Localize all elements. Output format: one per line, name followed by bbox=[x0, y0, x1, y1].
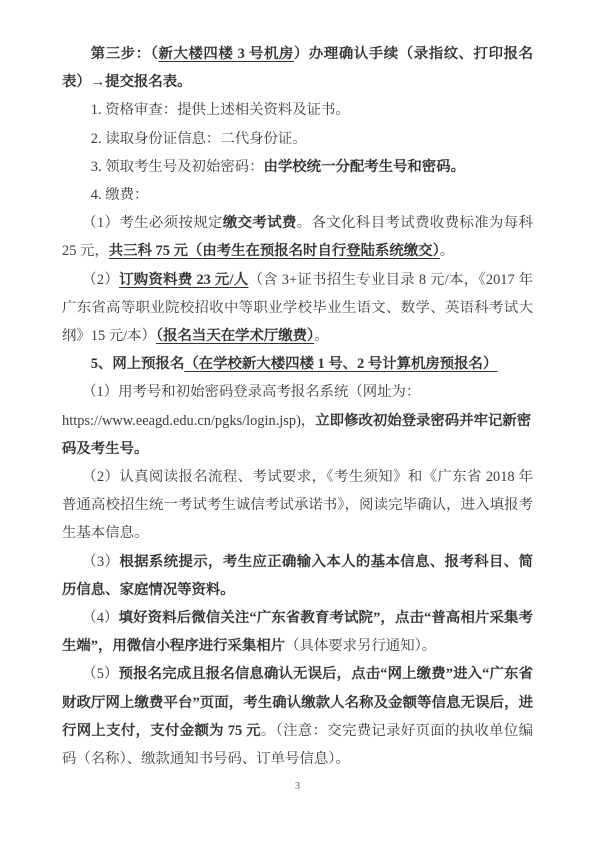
text-run: 1. 资格审查：提供上述相关资料及证书。 bbox=[91, 102, 350, 118]
text-run: 。 bbox=[440, 243, 454, 259]
text-run: 4. 缴费： bbox=[91, 187, 149, 203]
text-run: （4） bbox=[82, 610, 118, 626]
item-qualification-review: 1. 资格审查：提供上述相关资料及证书。 bbox=[62, 96, 533, 124]
item-exam-number-password: 3. 领取考生号及初始密码：由学校统一分配考生号和密码。 bbox=[62, 153, 533, 181]
document-body: 第三步：（新大楼四楼 3 号机房）办理确认手续（录指纹、打印报名表）→提交报名表… bbox=[62, 40, 533, 773]
text-run: 由学校统一分配考生号和密码。 bbox=[264, 159, 465, 175]
text-run: 订购资料费 23 元/人 bbox=[119, 272, 248, 288]
payment-note-material-fee: （2）订购资料费 23 元/人（含 3+证书招生专业目录 8 元/本，《2017… bbox=[62, 266, 533, 351]
text-run: 5、网上预报名 bbox=[91, 356, 185, 372]
text-run: （在学校新大楼四楼 1 号、2 号计算机房预报名） bbox=[184, 356, 497, 372]
text-run: （2）认真阅读报名流程、考试要求，《考生须知》和《广东省 2018 年普通高校招… bbox=[62, 469, 533, 541]
text-run: 根据系统提示，考生应正确输入本人的基本信息、报考科目、简历信息、家庭情况等资料。 bbox=[62, 554, 533, 598]
text-run: （2） bbox=[82, 272, 119, 288]
text-run: 。 bbox=[314, 328, 328, 344]
text-run: 新大楼四楼 3 号机房 bbox=[159, 46, 294, 62]
text-run: 缴交考试费 bbox=[223, 215, 297, 231]
payment-note-exam-fee: （1）考生必须按规定缴交考试费。各文化科目考试费收费标准为每科 25 元，共三科… bbox=[62, 209, 533, 265]
heading-step3: 第三步：（新大楼四楼 3 号机房）办理确认手续（录指纹、打印报名表）→提交报名表… bbox=[62, 40, 533, 96]
text-run: （具体要求另行通知）。 bbox=[285, 638, 436, 654]
item-payment: 4. 缴费： bbox=[62, 181, 533, 209]
text-run: 2. 读取身份证信息：二代身份证。 bbox=[91, 131, 307, 147]
text-run: （3） bbox=[82, 554, 119, 570]
online-step-read-rules: （2）认真阅读报名流程、考试要求，《考生须知》和《广东省 2018 年普通高校招… bbox=[62, 463, 533, 548]
text-run: （报名当天在学术厅缴费） bbox=[156, 328, 314, 344]
text-run: 共三科 75 元（由考生在预报名时自行登陆系统缴交） bbox=[109, 243, 440, 259]
item-id-card-reading: 2. 读取身份证信息：二代身份证。 bbox=[62, 125, 533, 153]
text-run: （5） bbox=[82, 666, 118, 682]
online-step-online-payment: （5）预报名完成且报名信息确认无误后，点击“网上缴费”进入“广东省财政厅网上缴费… bbox=[62, 660, 533, 773]
heading-online-preregistration: 5、网上预报名（在学校新大楼四楼 1 号、2 号计算机房预报名） bbox=[62, 350, 533, 378]
text-run: 第三步：（ bbox=[91, 46, 159, 62]
online-step-photo-collection: （4）填好资料后微信关注“广东省教育考试院”，点击“普高相片采集考生端”，用微信… bbox=[62, 604, 533, 660]
online-step-enter-info: （3）根据系统提示，考生应正确输入本人的基本信息、报考科目、简历信息、家庭情况等… bbox=[62, 548, 533, 604]
online-step-login: （1）用考号和初始密码登录高考报名系统（网址为：https://www.eeag… bbox=[62, 378, 533, 463]
page-number: 3 bbox=[0, 781, 595, 792]
text-run: 3. 领取考生号及初始密码： bbox=[91, 159, 264, 175]
text-run: （1）考生必须按规定 bbox=[82, 215, 223, 231]
document-page: 第三步：（新大楼四楼 3 号机房）办理确认手续（录指纹、打印报名表）→提交报名表… bbox=[0, 0, 595, 842]
